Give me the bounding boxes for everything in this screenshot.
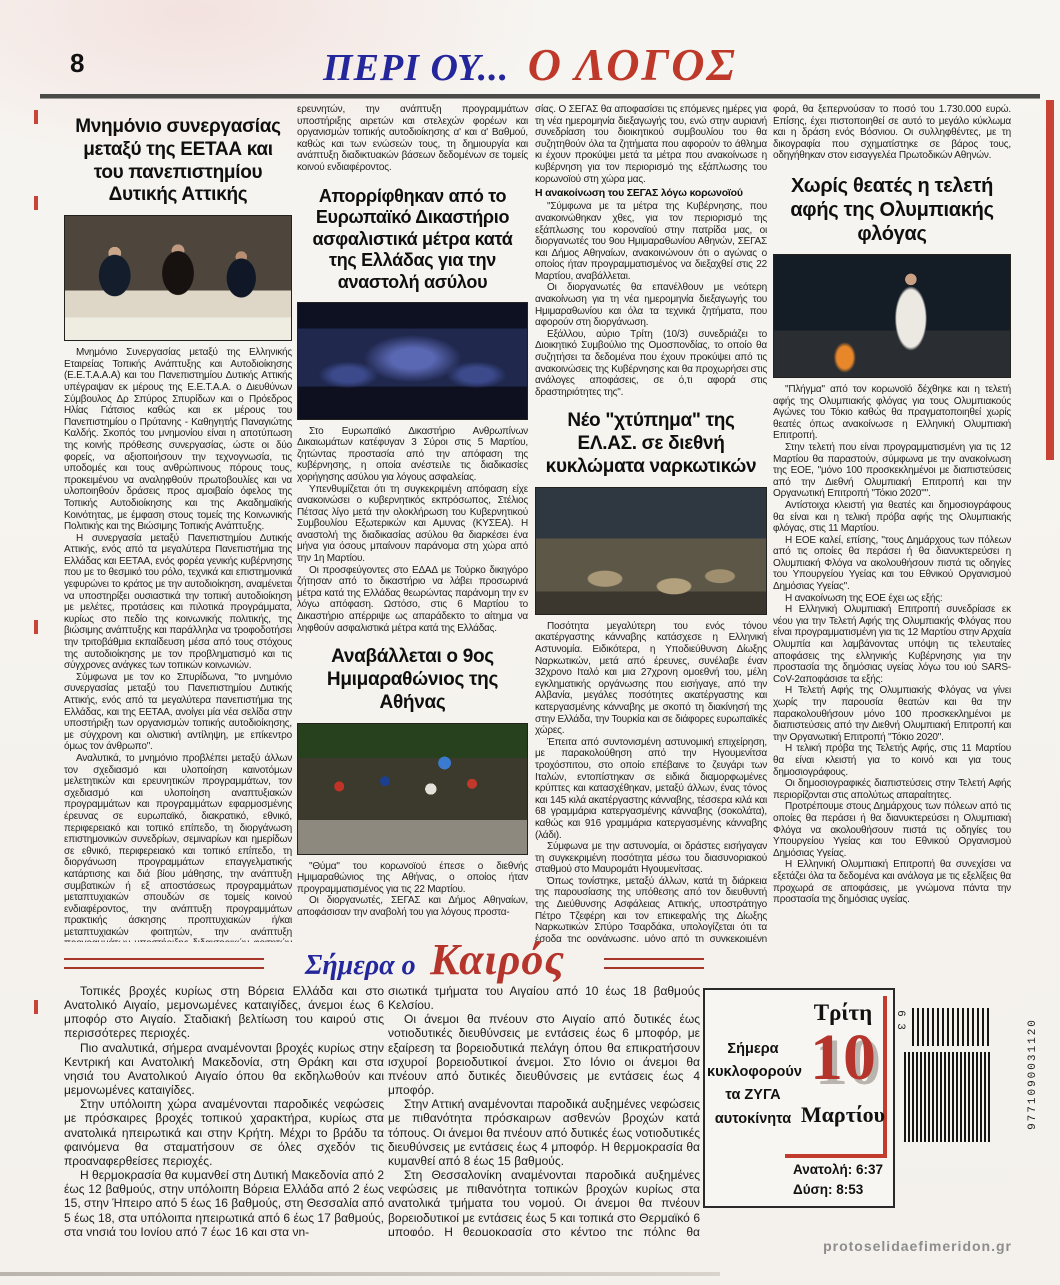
- circulation-notice: Σήμερα κυκλοφορούν τα ΖΥΓΑ αυτοκίνητα: [707, 1038, 799, 1131]
- column-1: Μνημόνιο συνεργασίας μεταξύ της ΕΕΤΑΑ κα…: [64, 104, 292, 942]
- weather-paragraph: Στη Θεσσαλονίκη αναμένονται παροδικά αυξ…: [388, 1168, 700, 1236]
- article-drugs-paragraph: Όπως τονίστηκε, μεταξύ άλλων, κατά τη δι…: [535, 876, 767, 942]
- article-flame-paragraph: Η ΕΟΕ καλεί, επίσης, "τους Δημάρχους των…: [773, 535, 1011, 593]
- drug-seizure-photo: [535, 487, 767, 615]
- article-flame-paragraph: "Πλήγμα" από τον κορωνοϊό δέχθηκε και η …: [773, 384, 1011, 442]
- article-marathon-paragraph: Οι διοργανωτές θα επανέλθουν με νεότερη …: [535, 282, 767, 328]
- article-flame-paragraph: Η τελική πρόβα της Τελετής Αφής, στις 11…: [773, 743, 1011, 778]
- weather-section-title: Σήμερα ο Καιρός: [265, 934, 605, 985]
- article-eetaa-continuation: ερευνητών, την ανάπτυξη προγραμμάτων υπο…: [297, 104, 528, 174]
- article-asylum-paragraph: Υπενθυμίζεται ότι τη συγκεκριμένη απόφασ…: [297, 484, 528, 565]
- article-drugs-headline: Νέο "χτύπημα" της ΕΛ.ΑΣ. σε διεθνή κυκλώ…: [537, 410, 765, 478]
- issue-barcode: 6 3 9771090031120: [898, 998, 1008, 1148]
- article-drugs-paragraph: Σύμφωνα με την αστυνομία, οι δράστες εισ…: [535, 841, 767, 876]
- newspaper-page: 8 ΠΕΡΙ ΟΥ... Ο ΛΟΓΟΣ Μνημόνιο συνεργασία…: [0, 0, 1060, 1285]
- segas-announcement-subhead: Η ανακοίνωση του ΣΕΓΑΣ λόγω κορωνοϊού: [535, 187, 767, 199]
- article-flame-headline: Χωρίς θεατές η τελετή αφής της Ολυμπιακή…: [775, 174, 1009, 246]
- weather-rule-right: [604, 958, 704, 969]
- masthead-left-title: ΠΕΡΙ ΟΥ...: [323, 47, 509, 89]
- header-rule: [40, 94, 1040, 99]
- article-eetaa-headline: Μνημόνιο συνεργασίας μεταξύ της ΕΕΤΑΑ κα…: [66, 116, 290, 207]
- olympic-flame-photo: [773, 254, 1011, 378]
- circulation-line: Σήμερα: [707, 1038, 799, 1061]
- barcode-top-bars: [912, 1008, 990, 1046]
- article-marathon-paragraph: Οι διοργανωτές, ΣΕΓΑΣ και Δήμος Αθηναίων…: [297, 895, 528, 918]
- article-drugs-continuation: φορά, θα ξεπερνούσαν το ποσό του 1.730.0…: [773, 104, 1011, 162]
- article-flame-paragraph: Η Ελληνική Ολυμπιακή Επιτροπή συνεδρίασε…: [773, 604, 1011, 685]
- article-eetaa-paragraph: Η συνεργασία μεταξύ Πανεπιστημίου Δυτική…: [64, 533, 292, 672]
- weather-paragraph: Στην Αττική αναμένονται παροδικά αυξημέν…: [388, 1097, 700, 1168]
- article-drugs-paragraph: Ποσότητα μεγαλύτερη του ενός τόνου ακατέ…: [535, 621, 767, 737]
- article-marathon-paragraph: Εξάλλου, αύριο Τρίτη (10/3) συνεδριάζει …: [535, 329, 767, 399]
- marathon-runners-photo: [297, 723, 528, 855]
- crop-mark: [34, 1000, 38, 1014]
- article-eetaa-paragraph: Αναλυτικά, το μνημόνιο προβλέπει μεταξύ …: [64, 753, 292, 942]
- article-marathon-headline: Αναβάλλεται ο 9ος Ημιμαραθώνιος της Αθήν…: [299, 646, 526, 714]
- barcode-number: 9771090031120: [1027, 999, 1039, 1149]
- barcode-top-code: 6 3: [894, 1010, 906, 1030]
- article-asylum-headline: Απορρίφθηκαν από το Ευρωπαϊκό Δικαστήριο…: [299, 186, 526, 294]
- crop-mark: [34, 110, 38, 124]
- masthead-right-title: Ο ΛΟΓΟΣ: [528, 39, 737, 90]
- article-eetaa-paragraph: Μνημόνιο Συνεργασίας μεταξύ της Ελληνική…: [64, 347, 292, 533]
- date-circulation-box: Σήμερα κυκλοφορούν τα ΖΥΓΑ αυτοκίνητα Τρ…: [703, 988, 895, 1208]
- weather-paragraph: Οι άνεμοι θα πνέουν στο Αιγαίο από δυτικ…: [388, 1012, 700, 1097]
- article-flame-paragraph: Αντίστοιχα κλειστή για θεατές και δημοσι…: [773, 500, 1011, 535]
- page-number: 8: [70, 48, 84, 79]
- article-asylum-paragraph: Οι προσφεύγοντες στο ΕΔΑΔ με Τούρκο δικη…: [297, 565, 528, 635]
- article-flame-paragraph: Οι δημοσιογραφικές διαπιστεύσεις στην Τε…: [773, 778, 1011, 801]
- watermark-url: protoselidaefimeridon.gr: [620, 1238, 1012, 1254]
- circulation-line: αυτοκίνητα: [707, 1108, 799, 1131]
- article-asylum-paragraph: Στο Ευρωπαϊκό Δικαστήριο Ανθρωπίνων Δικα…: [297, 426, 528, 484]
- article-flame-paragraph: Η ανακοίνωση της ΕΟΕ έχει ως εξής:: [773, 593, 1011, 605]
- article-flame-paragraph: Η Ελληνική Ολυμπιακή Επιτροπή θα συνεχίσ…: [773, 859, 1011, 905]
- signing-ceremony-photo: [64, 215, 292, 341]
- weather-column-left: Τοπικές βροχές κυρίως στη Βόρεια Ελλάδα …: [64, 984, 384, 1236]
- article-flame-paragraph: Προτρέπουμε στους Δημάρχους των πόλεων α…: [773, 801, 1011, 859]
- circulation-line: κυκλοφορούν: [707, 1061, 799, 1084]
- sun-times: Ανατολή: 6:37 Δύση: 8:53: [793, 1160, 893, 1201]
- article-drugs-paragraph: Έπειτα από συντονισμένη αστυνομική επιχε…: [535, 737, 767, 841]
- scan-edge-artifact: [0, 1272, 720, 1276]
- masthead: ΠΕΡΙ ΟΥ... Ο ΛΟΓΟΣ: [190, 38, 870, 91]
- column-2: ερευνητών, την ανάπτυξη προγραμμάτων υπο…: [297, 104, 528, 942]
- weather-paragraph: Τοπικές βροχές κυρίως στη Βόρεια Ελλάδα …: [64, 984, 384, 1041]
- article-marathon-paragraph: "Θύμα" του κορωνοϊού έπεσε ο διεθνής Ημι…: [297, 861, 528, 896]
- weather-rule-left: [64, 958, 264, 969]
- weather-paragraph: Η θερμοκρασία θα κυμανθεί στη Δυτική Μακ…: [64, 1168, 384, 1236]
- right-margin-stripe: [1046, 100, 1054, 460]
- weather-paragraph: Πιο αναλυτικά, σήμερα αναμένονται βροχές…: [64, 1041, 384, 1098]
- column-4: φορά, θα ξεπερνούσαν το ποσό του 1.730.0…: [773, 104, 1011, 942]
- month-label: Μαρτίου: [799, 1102, 887, 1128]
- article-flame-paragraph: Η Τελετή Αφής της Ολυμπιακής Φλόγας να γ…: [773, 685, 1011, 743]
- day-number: 10: [799, 1020, 887, 1096]
- crop-mark: [34, 620, 38, 634]
- european-court-photo: [297, 302, 528, 420]
- circulation-line: τα ΖΥΓΑ: [707, 1084, 799, 1107]
- weather-title-script: Σήμερα ο: [305, 950, 416, 981]
- sunset-time: Δύση: 8:53: [793, 1180, 893, 1200]
- weather-title-main: Καιρός: [430, 935, 565, 984]
- sunrise-time: Ανατολή: 6:37: [793, 1160, 893, 1180]
- column-3: σίας. Ο ΣΕΓΑΣ θα αποφασίσει τις επόμενες…: [535, 104, 767, 942]
- weather-column-right: σιωτικά τμήματα του Αιγαίου από 10 έως 1…: [388, 984, 700, 1236]
- crop-mark: [34, 196, 38, 210]
- article-eetaa-paragraph: Σύμφωνα με τον κο Σπυρίδωνα, "το μνημόνι…: [64, 672, 292, 753]
- article-flame-paragraph: Στην τελετή που είναι προγραμματισμένη γ…: [773, 442, 1011, 500]
- barcode-main-bars: [904, 1052, 990, 1142]
- article-marathon-paragraph: "Σύμφωνα με τα μέτρα της Κυβέρνησης, που…: [535, 201, 767, 282]
- article-marathon-continuation: σίας. Ο ΣΕΓΑΣ θα αποφασίσει τις επόμενες…: [535, 104, 767, 185]
- weather-paragraph: Στην υπόλοιπη χώρα αναμένονται παροδικές…: [64, 1097, 384, 1168]
- weather-paragraph: σιωτικά τμήματα του Αιγαίου από 10 έως 1…: [388, 984, 700, 1012]
